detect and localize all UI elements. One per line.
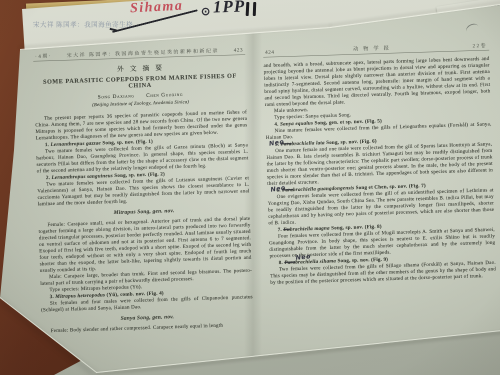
left-page-running-head: ·4期· 宋大祥 陈国孝：我国海鱼寄生桡足类的新种和新纪录 423 <box>33 45 245 61</box>
right-page-body: and breadth, with a broad, subtruncate a… <box>263 55 496 285</box>
paragraph: Two mature females were collected from t… <box>37 175 250 208</box>
left-page: ·4期· 宋大祥 陈国孝：我国海鱼寄生桡足类的新种和新纪录 423 外文摘要SO… <box>33 45 254 334</box>
photocopy-sheet: ·4期· 宋大祥 陈国孝：我国海鱼寄生桡足类的新种和新纪录 423 外文摘要SO… <box>0 0 500 375</box>
paragraph: One mature female and one male were coll… <box>266 141 493 187</box>
left-page-body: 外文摘要SOME PARASITIC COPEPODS FROM MARINE … <box>34 62 254 335</box>
photo-scene: Sihama ⊙ 1PP 宋大祥 陈国孝：我国海鱼寄生桡足类的新种和新纪录 ·4… <box>0 0 500 375</box>
handwriting-tally-bar <box>253 2 256 16</box>
page-number: 423 <box>234 47 244 53</box>
journal-title: 动物学报 <box>353 44 394 53</box>
right-page-running-head: 424 动物学报 22卷 <box>263 41 489 58</box>
faint-underlying-header: 宋大祥 陈国孝：我国海鱼寄生桡足类的新种和新纪录 <box>33 19 133 29</box>
volume-label: 22卷 <box>472 41 487 49</box>
paragraph: and breadth, with a broad, subtruncate a… <box>263 55 490 108</box>
page-number: 424 <box>265 50 275 56</box>
handwriting-circle-mark: ⊙ <box>201 5 210 18</box>
pencil-squiggle <box>464 22 480 37</box>
paragraph: Female: Carapace small, oval or hexagona… <box>38 215 252 274</box>
handwriting-tally-bar <box>246 2 250 16</box>
right-page: 424 动物学报 22卷 and breadth, with a broad, … <box>263 41 496 286</box>
running-title: 宋大祥 陈国孝：我国海鱼寄生桡足类的新种和新纪录 <box>67 46 219 58</box>
paper-title: SOME PARASITIC COPEPODS FROM MARINE FISH… <box>34 72 246 92</box>
handwriting-code: 1PP <box>213 0 246 18</box>
issue-label: ·4期· <box>35 51 52 59</box>
